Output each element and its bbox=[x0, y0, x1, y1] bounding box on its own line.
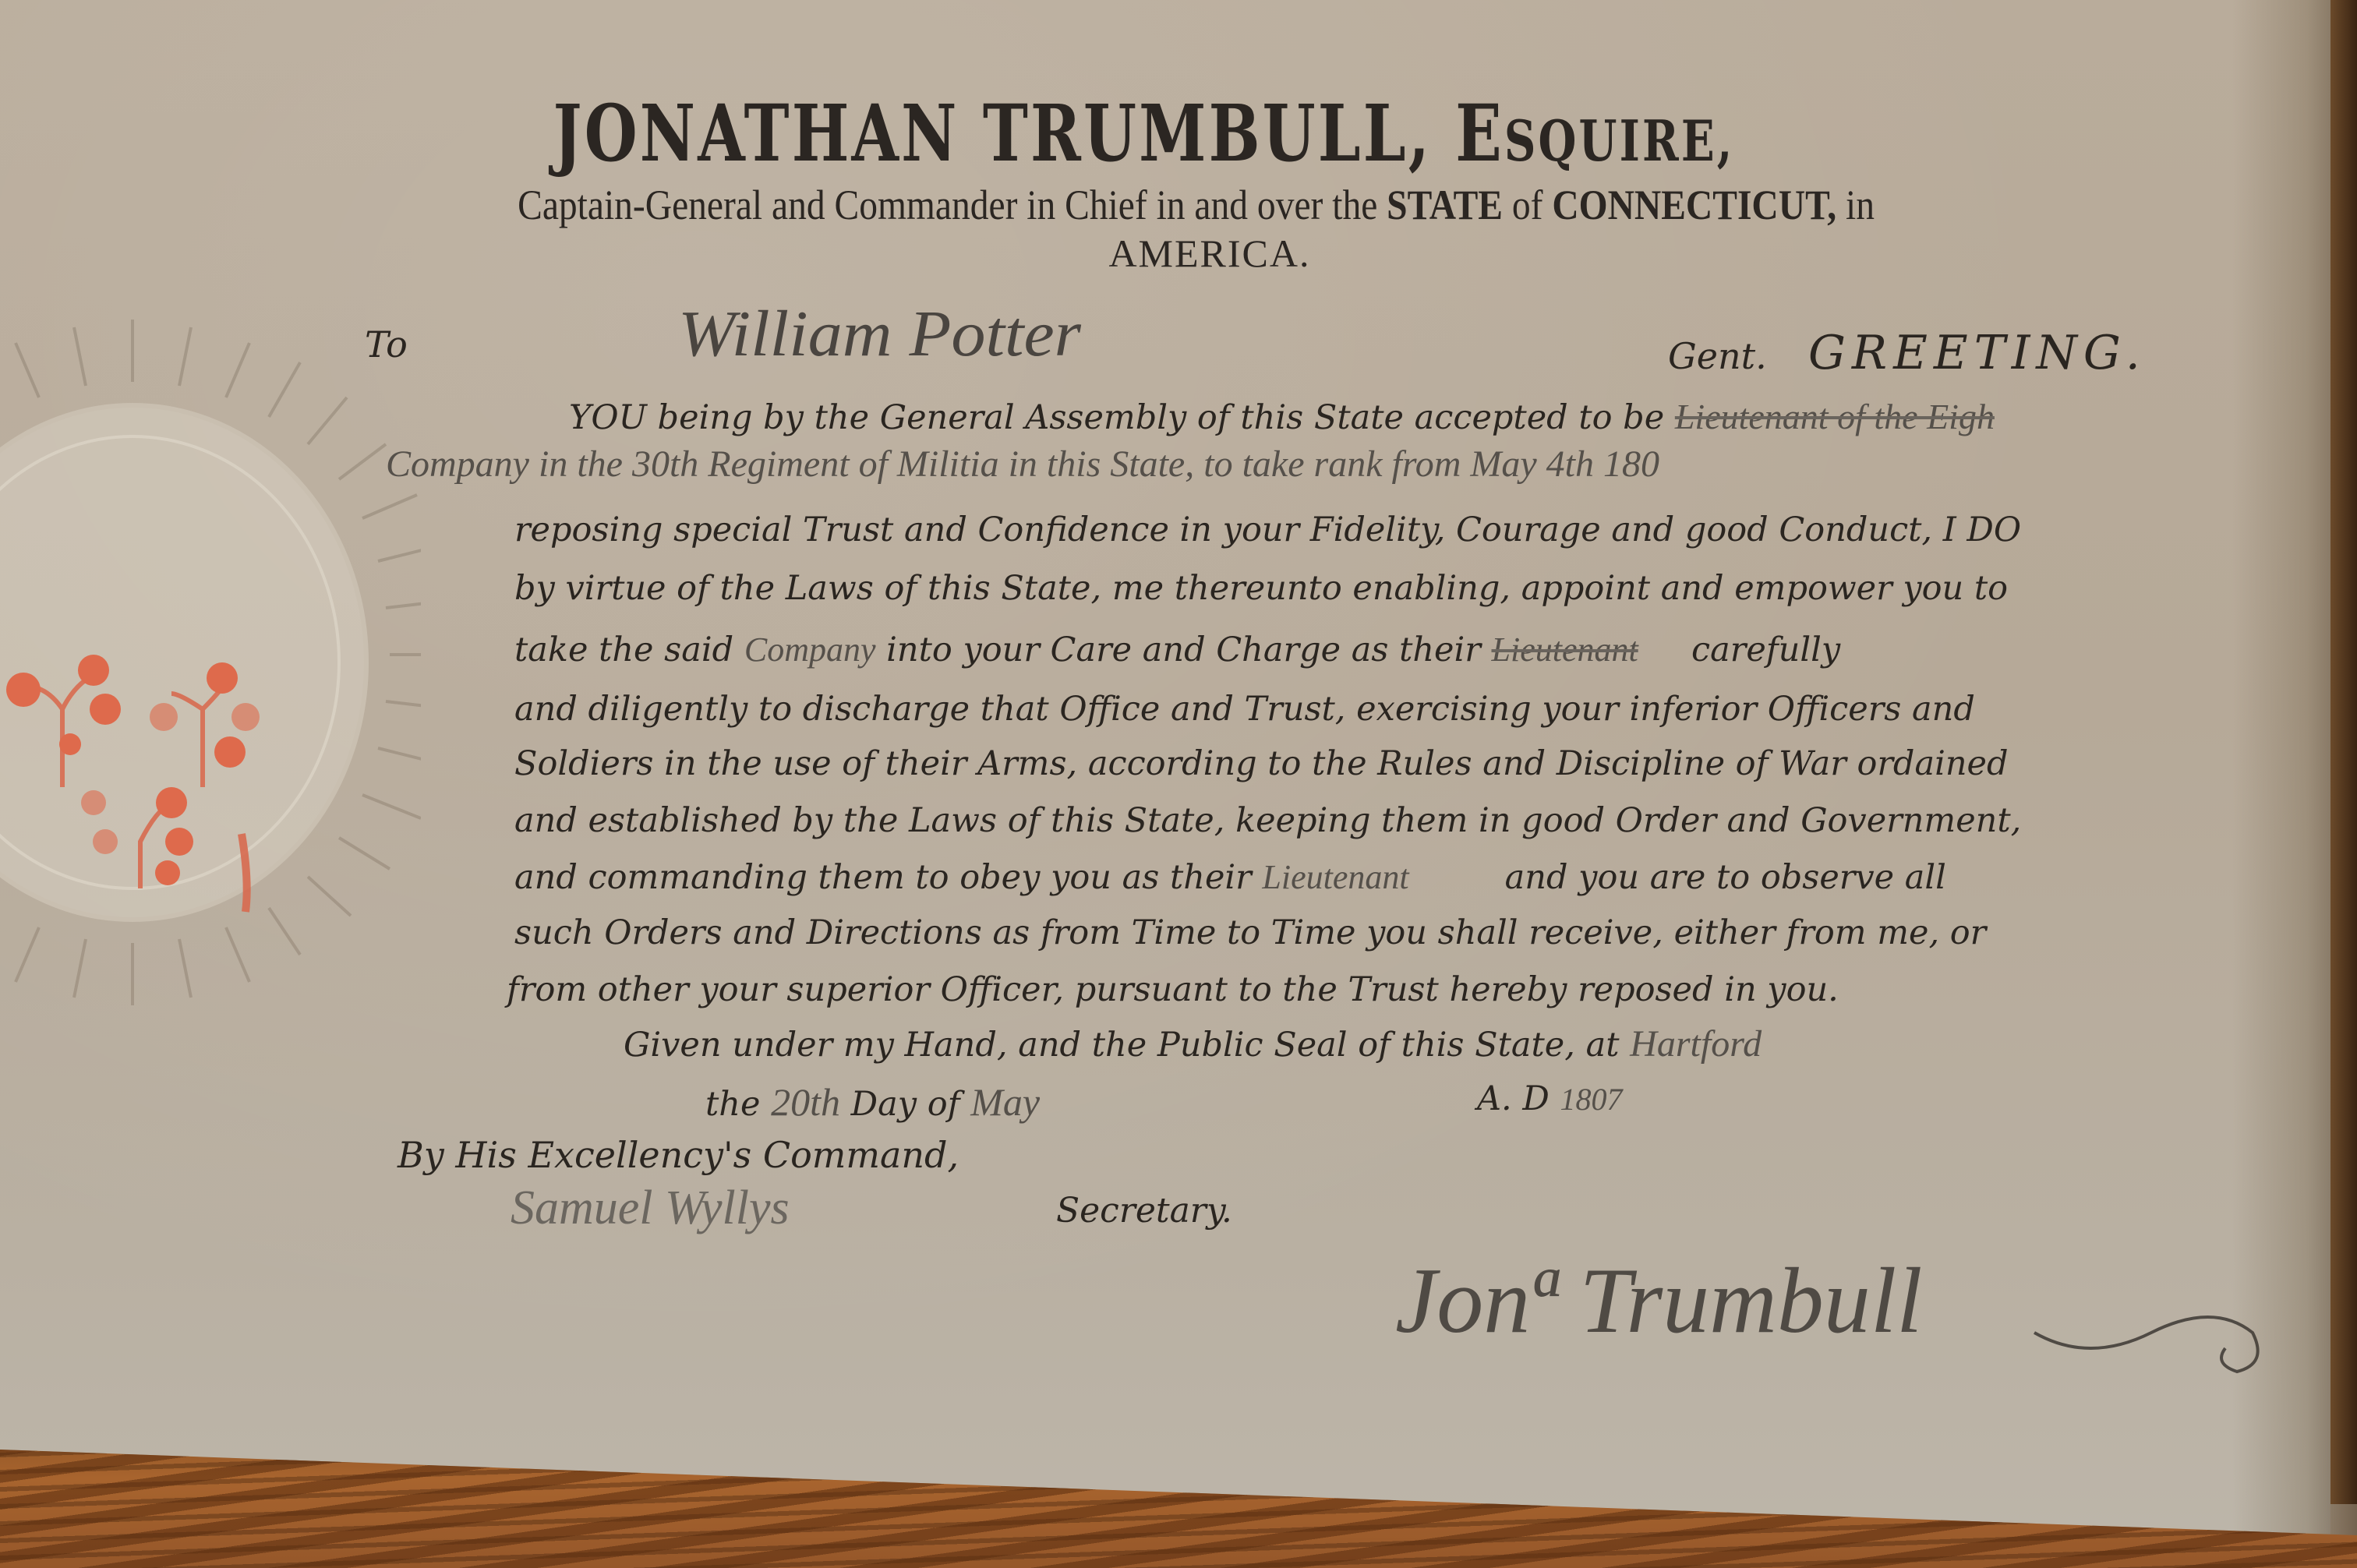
body-line-6: and diligently to discharge that Office … bbox=[514, 690, 1975, 729]
body-line-8: and established by the Laws of this Stat… bbox=[514, 801, 2021, 840]
secretary-signature: Samuel Wyllys bbox=[511, 1181, 790, 1236]
greeting-label: GREETING. bbox=[1808, 326, 2147, 380]
body-line-9: and commanding them to obey you as their… bbox=[514, 857, 1946, 897]
date-line: the 20th Day of May bbox=[705, 1079, 1040, 1125]
by-command-line: By His Excellency's Command, bbox=[398, 1134, 959, 1176]
body-line-3: reposing special Trust and Confidence in… bbox=[514, 510, 2021, 549]
body-line-1: YOU being by the General Assembly of thi… bbox=[569, 396, 1995, 437]
body-line-5: take the said Company into your Care and… bbox=[514, 630, 1840, 669]
salutation-to: To bbox=[365, 323, 408, 366]
given-under-line: Given under my Hand, and the Public Seal… bbox=[624, 1022, 1762, 1065]
body-line-7: Soldiers in the use of their Arms, accor… bbox=[514, 744, 2009, 783]
governor-signature: Jonª Trumbull bbox=[1395, 1247, 1923, 1354]
document-country: AMERICA. bbox=[0, 231, 2357, 276]
body-line-4: by virtue of the Laws of this State, me … bbox=[514, 569, 2008, 608]
body-line-2: Company in the 30th Regiment of Militia … bbox=[386, 443, 1659, 486]
document-subtitle: Captain-General and Commander in Chief i… bbox=[159, 181, 2233, 229]
gent-label: Gent. bbox=[1668, 335, 1767, 377]
frame-right-edge bbox=[2330, 0, 2357, 1504]
secretary-label: Secretary. bbox=[1056, 1191, 1232, 1231]
document-title: JONATHAN TRUMBULL, ESQUIRE, bbox=[224, 87, 2063, 179]
anno-domini: A. D 1807 bbox=[1477, 1079, 1623, 1118]
body-line-11: from other your superior Officer, pursua… bbox=[507, 970, 1839, 1009]
body-line-10: such Orders and Directions as from Time … bbox=[514, 913, 1986, 952]
state-seal-icon bbox=[0, 304, 421, 1021]
recipient-name: William Potter bbox=[678, 296, 1081, 372]
commission-document: JONATHAN TRUMBULL, ESQUIRE, Captain-Gene… bbox=[0, 0, 2330, 1568]
